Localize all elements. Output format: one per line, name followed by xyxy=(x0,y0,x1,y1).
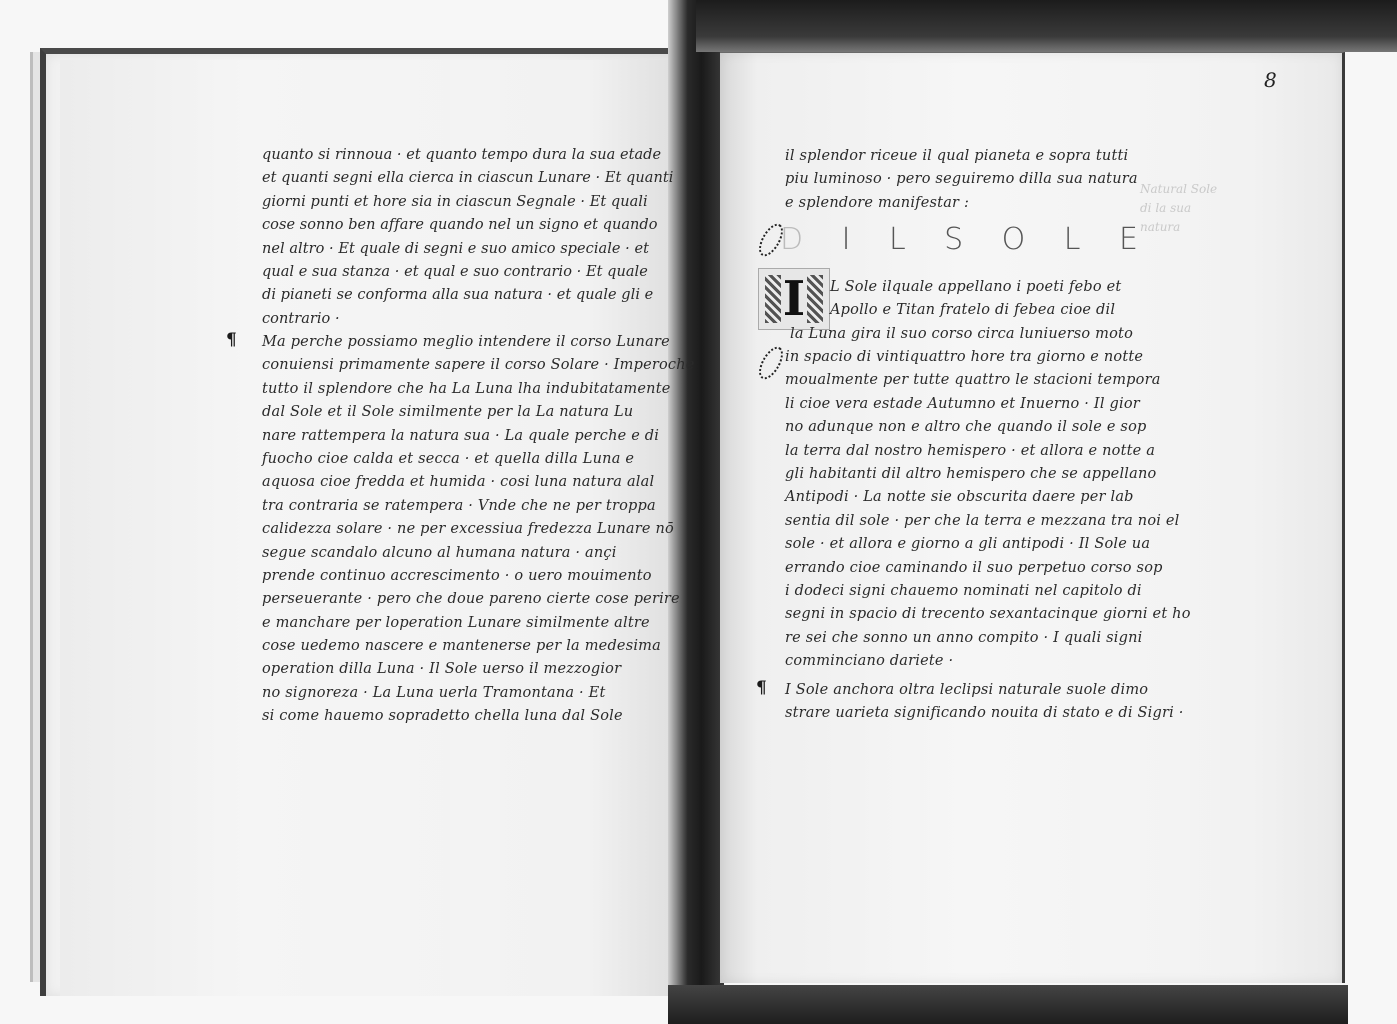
right-page-intro-text: il splendor riceue il qual pianeta e sop… xyxy=(785,145,1145,215)
text-line: L Sole ilquale appellano i poeti febo et xyxy=(830,276,1150,299)
text-line: cose uedemo nascere e mantenerse per la … xyxy=(262,635,662,658)
text-line: il splendor riceue il qual pianeta e sop… xyxy=(785,145,1145,168)
text-line: no signoreza · La Luna uerla Tramontana … xyxy=(262,682,662,705)
text-line: quanto si rinnoua · et quanto tempo dura… xyxy=(262,144,662,167)
left-page-text: quanto si rinnoua · et quanto tempo dura… xyxy=(262,144,662,331)
text-line: I Sole anchora oltra leclipsi naturale s… xyxy=(785,679,1155,702)
left-page-paragraph: Ma perche possiamo meglio intendere il c… xyxy=(262,331,662,729)
text-line: tra contraria se ratempera · Vnde che ne… xyxy=(262,495,662,518)
book-binding-top xyxy=(696,0,1397,52)
title-letter: E xyxy=(1119,222,1140,257)
text-line: dal Sole et il Sole similmente per la La… xyxy=(262,401,662,424)
text-line: sentia dil sole · per che la terra e mez… xyxy=(785,510,1145,533)
text-line: perseuerante · pero che doue pareno cier… xyxy=(262,588,662,611)
text-line: la terra dal nostro hemispero · et allor… xyxy=(785,440,1145,463)
text-line: piu luminoso · pero seguiremo dilla sua … xyxy=(785,168,1145,191)
text-line: no adunque non e altro che quando il sol… xyxy=(785,416,1145,439)
initial-ornament xyxy=(765,275,781,323)
text-line: sole · et allora e giorno a gli antipodi… xyxy=(785,533,1145,556)
right-page-initial-lines: L Sole ilquale appellano i poeti febo et… xyxy=(830,276,1150,346)
text-line: la Luna gira il suo corso circa luniuers… xyxy=(790,323,1150,346)
title-letter: L xyxy=(889,222,908,257)
text-line: fuocho cioe calda et secca · et quella d… xyxy=(262,448,662,471)
text-line: nel altro · Et quale di segni e suo amic… xyxy=(262,238,662,261)
book-binding-bottom xyxy=(668,985,1348,1024)
title-letter: L xyxy=(1064,222,1083,257)
chapter-title: D I L S O L E xyxy=(780,222,1140,257)
text-line: li cioe vera estade Autumno et Inuerno ·… xyxy=(785,393,1145,416)
paragraph-mark-icon: ¶ xyxy=(226,330,237,350)
text-line: moualmente per tutte quattro le stacioni… xyxy=(785,369,1145,392)
folio-number: 8 xyxy=(1264,68,1277,92)
title-letter: S xyxy=(944,222,965,257)
right-page-body: in spacio di vintiquattro hore tra giorn… xyxy=(785,346,1145,673)
text-line: Apollo e Titan fratelo di febea cioe dil xyxy=(830,299,1150,322)
initial-letter: I xyxy=(783,275,805,323)
text-line: qual e sua stanza · et qual e suo contra… xyxy=(262,261,662,284)
text-line: et quanti segni ella cierca in ciascun L… xyxy=(262,167,662,190)
title-letter: D xyxy=(780,222,805,257)
text-line: e splendore manifestar : xyxy=(785,192,1145,215)
text-line: re sei che sonno un anno compito · I qua… xyxy=(785,627,1145,650)
text-line: giorni punti et hore sia in ciascun Segn… xyxy=(262,191,662,214)
text-line: segue scandalo alcuno al humana natura ·… xyxy=(262,542,662,565)
book-gutter xyxy=(668,0,724,1024)
text-line: in spacio di vintiquattro hore tra giorn… xyxy=(785,346,1145,369)
right-page-paragraph: I Sole anchora oltra leclipsi naturale s… xyxy=(785,679,1155,726)
text-line: errando cioe caminando il suo perpetuo c… xyxy=(785,557,1145,580)
text-line: nare rattempera la natura sua · La quale… xyxy=(262,425,662,448)
text-line: tutto il splendore che ha La Luna lha in… xyxy=(262,378,662,401)
text-line: i dodeci signi chauemo nominati nel capi… xyxy=(785,580,1145,603)
text-line: segni in spacio di trecento sexantacinqu… xyxy=(785,603,1145,626)
text-line: prende continuo accrescimento · o uero m… xyxy=(262,565,662,588)
text-line: di pianeti se conforma alla sua natura ·… xyxy=(262,284,662,307)
text-line: si come hauemo sopradetto chella luna da… xyxy=(262,705,662,728)
illuminated-initial: I xyxy=(758,268,830,330)
text-line: strare uarieta significando nouita di st… xyxy=(785,702,1155,725)
text-line: Ma perche possiamo meglio intendere il c… xyxy=(262,331,662,354)
bleed-through-text: Natural Soledi la suanatura xyxy=(1140,180,1217,237)
text-line: calidezza solare · ne per excessiua fred… xyxy=(262,518,662,541)
text-line: gli habitanti dil altro hemispero che se… xyxy=(785,463,1145,486)
manuscript-spread: Natural Soledi la suanatura 8 quanto si … xyxy=(0,0,1397,1024)
text-line: e manchare per loperation Lunare similme… xyxy=(262,612,662,635)
title-letter: O xyxy=(1002,222,1028,257)
text-line: aquosa cioe fredda et humida · cosi luna… xyxy=(262,471,662,494)
text-line: contrario · xyxy=(262,308,662,331)
text-line: conuiensi primamente sapere il corso Sol… xyxy=(262,354,662,377)
paragraph-mark-icon: ¶ xyxy=(756,678,767,698)
text-line: operation dilla Luna · Il Sole uerso il … xyxy=(262,658,662,681)
text-line: cose sonno ben affare quando nel un sign… xyxy=(262,214,662,237)
text-line: comminciano dariete · xyxy=(785,650,1145,673)
initial-ornament xyxy=(807,275,823,323)
text-line: Antipodi · La notte sie obscurita daere … xyxy=(785,486,1145,509)
title-letter: I xyxy=(842,222,853,257)
